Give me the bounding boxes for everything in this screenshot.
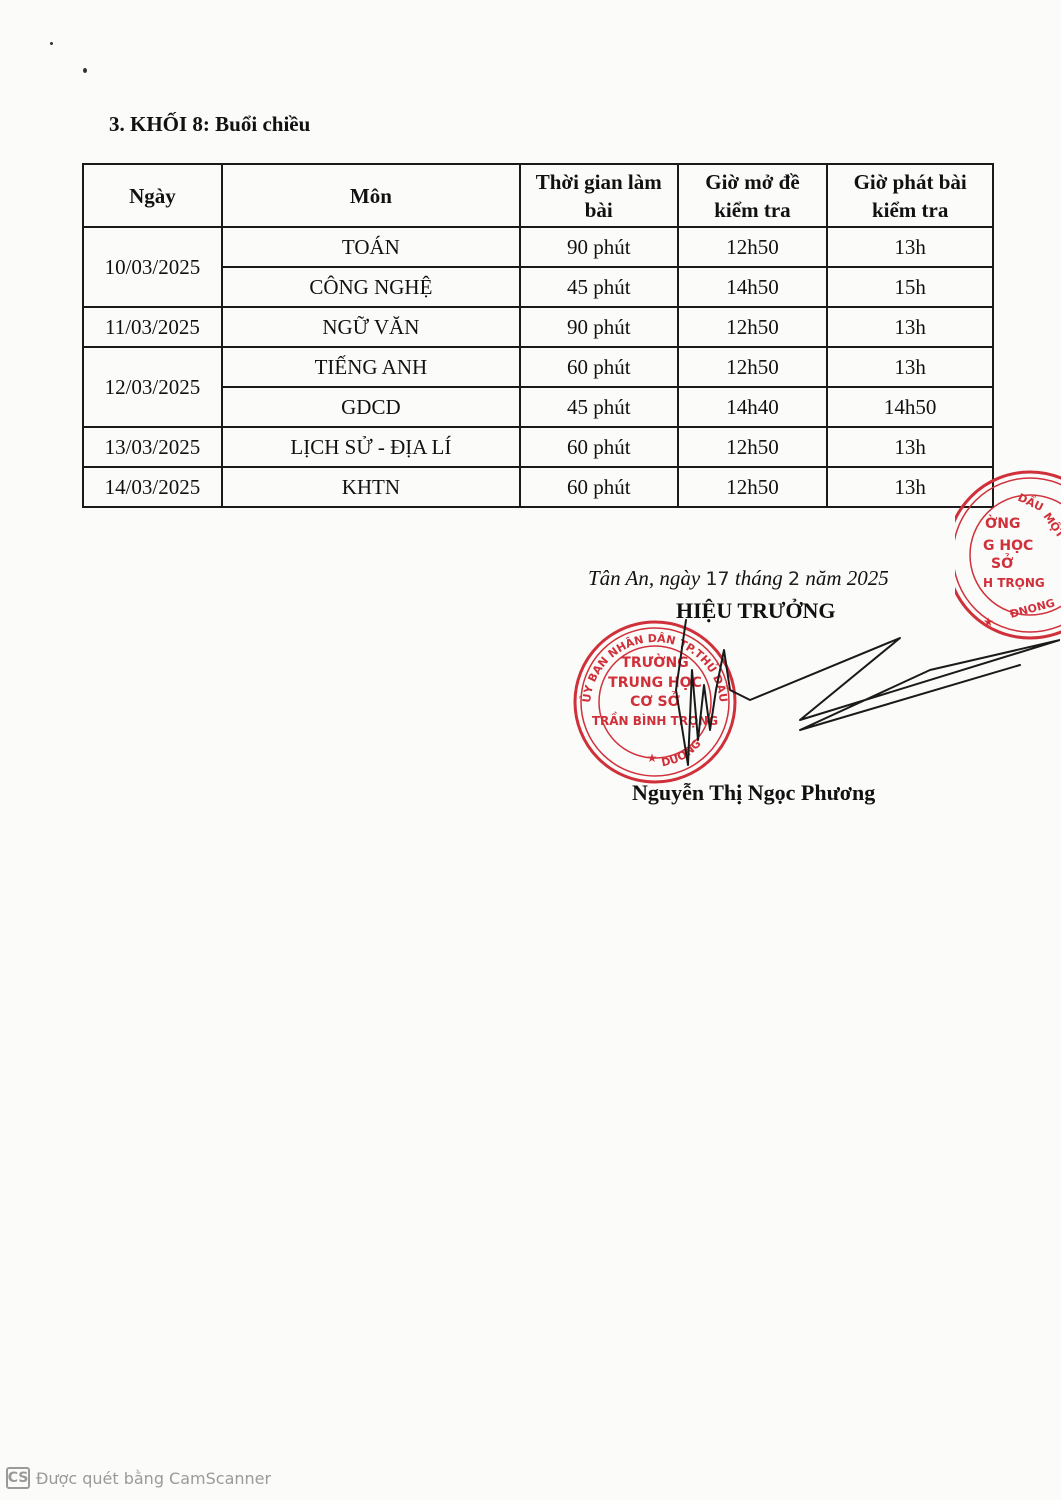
handwritten-day: 17 (705, 568, 729, 590)
svg-text:G HỌC: G HỌC (983, 538, 1033, 554)
header-start-time: Giờ phát bài kiểm tra (827, 164, 993, 227)
cell-open-time: 14h40 (678, 387, 828, 427)
cell-duration: 60 phút (520, 467, 678, 507)
cell-date: 12/03/2025 (83, 347, 222, 427)
cell-duration: 90 phút (520, 227, 678, 267)
signature-date: Tân An, ngày 17 tháng 2 năm 2025 (588, 566, 889, 591)
cell-open-time: 12h50 (678, 307, 828, 347)
cell-subject: KHTN (222, 467, 520, 507)
cell-start-time: 13h (827, 347, 993, 387)
cell-start-time: 13h (827, 307, 993, 347)
cell-subject: LỊCH SỬ - ĐỊA LÍ (222, 427, 520, 467)
svg-text:SỞ: SỞ (991, 553, 1013, 572)
cell-date: 13/03/2025 (83, 427, 222, 467)
handwritten-month: 2 (788, 568, 800, 590)
cell-duration: 90 phút (520, 307, 678, 347)
cell-open-time: 12h50 (678, 347, 828, 387)
camscanner-logo-icon: CS (6, 1467, 30, 1489)
watermark-text: Được quét bằng CamScanner (36, 1469, 271, 1488)
table-row: 13/03/2025 LỊCH SỬ - ĐỊA LÍ 60 phút 12h5… (83, 427, 993, 467)
svg-text:DẦU: DẦU (1016, 490, 1046, 514)
cell-open-time: 12h50 (678, 227, 828, 267)
cell-start-time: 14h50 (827, 387, 993, 427)
table-row: 10/03/2025 TOÁN 90 phút 12h50 13h (83, 227, 993, 267)
cell-date: 10/03/2025 (83, 227, 222, 307)
scanner-watermark: CS Được quét bằng CamScanner (6, 1467, 271, 1489)
cell-start-time: 15h (827, 267, 993, 307)
table-header-row: Ngày Môn Thời gian làm bài Giờ mở đề kiể… (83, 164, 993, 227)
svg-text:ỜNG: ỜNG (985, 514, 1020, 532)
header-date: Ngày (83, 164, 222, 227)
signatory-name: Nguyễn Thị Ngọc Phương (632, 780, 875, 806)
cell-open-time: 14h50 (678, 267, 828, 307)
cell-duration: 60 phút (520, 427, 678, 467)
cell-subject: TOÁN (222, 227, 520, 267)
handwritten-signature (600, 590, 1060, 790)
svg-text:H TRỌNG: H TRỌNG (983, 576, 1045, 590)
cell-subject: TIẾNG ANH (222, 347, 520, 387)
table-row: 12/03/2025 TIẾNG ANH 60 phút 12h50 13h (83, 347, 993, 387)
year-label: năm 2025 (800, 566, 889, 590)
cell-duration: 45 phút (520, 387, 678, 427)
date-prefix: Tân An, ngày (588, 566, 705, 590)
section-title: 3. KHỐI 8: Buổi chiều (109, 112, 310, 137)
cell-start-time: 13h (827, 227, 993, 267)
cell-subject: NGỮ VĂN (222, 307, 520, 347)
exam-schedule-table: Ngày Môn Thời gian làm bài Giờ mở đề kiể… (82, 163, 994, 508)
table-row: 14/03/2025 KHTN 60 phút 12h50 13h (83, 467, 993, 507)
cell-open-time: 12h50 (678, 427, 828, 467)
scan-speck (50, 42, 53, 45)
cell-subject: GDCD (222, 387, 520, 427)
month-label: tháng (730, 566, 788, 590)
header-subject: Môn (222, 164, 520, 227)
header-open-time: Giờ mở đề kiểm tra (678, 164, 828, 227)
table-row: 11/03/2025 NGỮ VĂN 90 phút 12h50 13h (83, 307, 993, 347)
cell-duration: 45 phút (520, 267, 678, 307)
header-duration: Thời gian làm bài (520, 164, 678, 227)
cell-subject: CÔNG NGHỆ (222, 267, 520, 307)
scan-speck (83, 68, 87, 73)
cell-open-time: 12h50 (678, 467, 828, 507)
cell-date: 14/03/2025 (83, 467, 222, 507)
svg-text:MỘT: MỘT (1041, 510, 1061, 541)
cell-date: 11/03/2025 (83, 307, 222, 347)
cell-duration: 60 phút (520, 347, 678, 387)
